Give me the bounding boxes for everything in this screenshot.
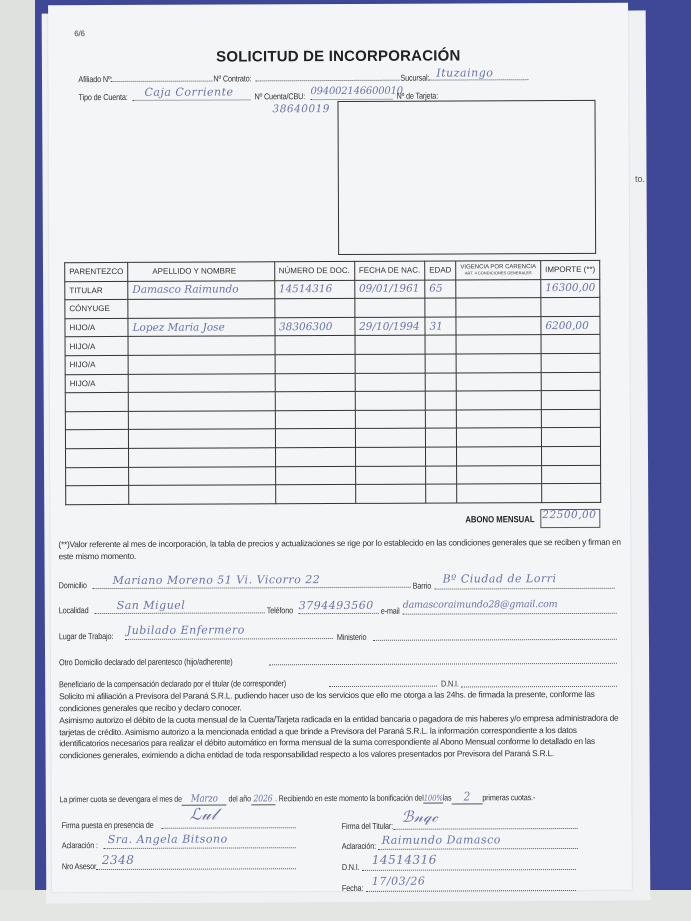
cell-importe[interactable]: 6200,00 bbox=[541, 316, 600, 335]
cell-importe[interactable] bbox=[541, 446, 600, 465]
titular-signature: ℬ𝓃𝓆𝒸 bbox=[402, 808, 439, 826]
cell-edad[interactable] bbox=[425, 391, 456, 410]
presencia-signature-field[interactable] bbox=[162, 827, 296, 829]
cell-doc[interactable] bbox=[274, 299, 354, 318]
legal-paragraph-1: Solicito mi afiliación a Previsora del P… bbox=[59, 689, 624, 715]
cell-vigencia[interactable] bbox=[457, 465, 542, 484]
cell-vigencia[interactable] bbox=[456, 335, 541, 354]
cell-importe[interactable] bbox=[541, 391, 600, 410]
cell-doc[interactable] bbox=[275, 429, 355, 448]
cuota-anio-label: del año bbox=[228, 793, 250, 803]
cell-fecha[interactable] bbox=[354, 298, 424, 317]
barrio-value: Bº Ciudad de Lorri bbox=[443, 572, 557, 585]
localidad-value: San Miguel bbox=[117, 599, 186, 612]
cell-importe[interactable] bbox=[541, 428, 600, 447]
cell-vigencia[interactable] bbox=[457, 409, 542, 428]
tarjeta-value: 38640019 bbox=[272, 103, 330, 115]
cell-doc[interactable] bbox=[275, 466, 355, 485]
aclaracion-titular-field[interactable] bbox=[378, 848, 578, 850]
cell-importe[interactable] bbox=[541, 465, 600, 484]
asesor-field[interactable] bbox=[96, 868, 296, 870]
cell-parentezco: HIJO/A bbox=[65, 318, 128, 337]
barrio-field[interactable] bbox=[435, 588, 615, 590]
form-sheet: 6/6 SOLICITUD DE INCORPORACIÓN Afiliado … bbox=[48, 3, 632, 893]
cell-edad[interactable]: 31 bbox=[425, 317, 456, 336]
cell-edad[interactable] bbox=[425, 428, 456, 447]
cell-doc[interactable] bbox=[275, 485, 355, 504]
tipo-cuenta-label: Tipo de Cuenta: bbox=[78, 92, 127, 102]
cell-doc[interactable] bbox=[275, 447, 355, 466]
contrato-label: Nº Contrato: bbox=[213, 73, 251, 83]
tipo-cuenta-field[interactable] bbox=[132, 99, 250, 101]
cuenta-value: 094002146600010 bbox=[310, 86, 402, 97]
email-value: damascoraimundo28@gmail.com bbox=[403, 599, 558, 611]
beneficiario-field[interactable] bbox=[329, 686, 437, 687]
form-title: SOLICITUD DE INCORPORACIÓN bbox=[48, 47, 628, 67]
fecha-value: 17/03/26 bbox=[372, 875, 425, 888]
email-label: e-mail bbox=[381, 606, 400, 616]
cuota-line: La primer cuota se devengara el mes deMa… bbox=[59, 789, 535, 806]
cell-edad[interactable] bbox=[425, 354, 456, 373]
cell-doc[interactable] bbox=[275, 410, 355, 429]
cell-fecha[interactable] bbox=[355, 447, 425, 466]
cell-nombre[interactable]: Lopez Maria Jose bbox=[128, 318, 275, 337]
cell-edad[interactable] bbox=[425, 335, 456, 354]
cell-doc[interactable]: 14514316 bbox=[274, 280, 354, 299]
ministerio-label: Ministerio bbox=[337, 632, 367, 642]
cell-fecha[interactable]: 29/10/1994 bbox=[355, 317, 425, 336]
cell-vigencia[interactable] bbox=[456, 372, 541, 391]
tarjeta-label: Nº de Tarjeta: bbox=[396, 91, 438, 101]
cell-edad[interactable] bbox=[426, 484, 457, 503]
cell-importe[interactable] bbox=[541, 298, 600, 317]
fecha-label: Fecha: bbox=[342, 883, 363, 893]
presencia-signature: ℒ𝓊𝓁 bbox=[190, 805, 217, 825]
dni-label: D.N.I. bbox=[342, 862, 360, 872]
cell-vigencia[interactable] bbox=[457, 428, 542, 447]
cell-vigencia[interactable] bbox=[456, 316, 541, 335]
col-numero-doc: NÚMERO DE DOC. bbox=[274, 261, 354, 280]
cell-nombre[interactable] bbox=[129, 448, 276, 467]
cell-nombre[interactable] bbox=[129, 466, 276, 485]
cell-doc[interactable] bbox=[275, 373, 355, 392]
table-row: HIJO/ALopez Maria Jose3830630029/10/1994… bbox=[65, 316, 600, 337]
localidad-field[interactable] bbox=[95, 612, 265, 614]
cuota-prefix: La primer cuota se devengara el mes de bbox=[60, 794, 182, 805]
family-table: PARENTEZCO APELLIDO Y NOMBRE NÚMERO DE D… bbox=[64, 260, 601, 505]
afiliado-label: Afiliado Nº: bbox=[78, 74, 112, 84]
cell-nombre[interactable] bbox=[128, 429, 275, 448]
sucursal-label: Sucursal: bbox=[400, 73, 429, 83]
table-row bbox=[66, 483, 601, 504]
col-edad: EDAD bbox=[425, 261, 456, 280]
cell-vigencia[interactable] bbox=[456, 279, 541, 298]
cuota-las: las bbox=[443, 793, 452, 803]
cell-vigencia[interactable] bbox=[456, 354, 541, 373]
otro-domicilio-field[interactable] bbox=[269, 663, 617, 666]
table-row: HIJO/A bbox=[65, 372, 600, 393]
cell-edad[interactable] bbox=[425, 298, 456, 317]
col-vigencia-sub: ART. 4 CONDICIONES GENERALES bbox=[460, 270, 536, 276]
cell-nombre[interactable] bbox=[128, 373, 275, 392]
bonificacion-value[interactable]: 100% bbox=[424, 794, 443, 804]
table-row: HIJO/A bbox=[65, 353, 600, 374]
col-fecha-nac: FECHA DE NAC. bbox=[354, 261, 424, 280]
aclaracion-titular-label: Aclaración: bbox=[342, 841, 376, 851]
cell-parentezco: HIJO/A bbox=[65, 337, 128, 356]
legal-paragraph-2: Asimismo autorizo el débito de la cuota … bbox=[59, 713, 624, 762]
cell-doc[interactable] bbox=[275, 354, 355, 373]
cell-edad[interactable] bbox=[426, 466, 457, 485]
cell-parentezco: HIJO/A bbox=[65, 374, 128, 393]
barrio-label: Barrio bbox=[413, 581, 432, 591]
table-row bbox=[65, 391, 600, 412]
photo-box bbox=[337, 100, 596, 255]
cell-importe[interactable] bbox=[541, 409, 600, 428]
cuota-mid: . Recibiendo en este momento la bonifica… bbox=[275, 793, 424, 804]
cell-fecha[interactable] bbox=[355, 373, 425, 392]
aclaracion-titular-value: Raimundo Damasco bbox=[382, 833, 501, 847]
cell-fecha[interactable] bbox=[355, 428, 425, 447]
cell-fecha[interactable]: 09/01/1961 bbox=[354, 280, 424, 299]
cell-parentezco: HIJO/A bbox=[65, 355, 128, 374]
cell-edad[interactable]: 65 bbox=[425, 280, 456, 299]
asesor-value: 2348 bbox=[102, 853, 135, 867]
table-row bbox=[66, 446, 601, 467]
cell-vigencia[interactable] bbox=[457, 447, 542, 466]
cell-parentezco bbox=[65, 430, 128, 449]
cell-doc[interactable]: 38306300 bbox=[274, 317, 354, 336]
cell-nombre[interactable]: Damasco Raimundo bbox=[128, 280, 275, 299]
page-number: 6/6 bbox=[74, 29, 85, 38]
telefono-field[interactable] bbox=[299, 613, 379, 614]
cell-importe[interactable] bbox=[542, 483, 601, 502]
cell-edad[interactable] bbox=[425, 447, 456, 466]
cell-nombre[interactable] bbox=[128, 392, 275, 411]
afiliado-field[interactable] bbox=[110, 81, 212, 82]
trabajo-value: Jubilado Enfermero bbox=[127, 623, 245, 637]
cell-fecha[interactable] bbox=[355, 391, 425, 410]
cell-importe[interactable]: 16300,00 bbox=[541, 279, 600, 298]
cuota-suffix: primeras cuotas.- bbox=[482, 792, 535, 802]
table-row: HIJO/A bbox=[65, 335, 600, 356]
aclaracion-asesor-label: Aclaración : bbox=[62, 840, 98, 850]
cell-edad[interactable] bbox=[425, 410, 456, 429]
cell-importe[interactable] bbox=[541, 372, 600, 391]
table-row bbox=[66, 465, 601, 486]
footnote: (**)Valor referente al mes de incorporac… bbox=[58, 537, 623, 563]
cell-edad[interactable] bbox=[425, 373, 456, 392]
cell-parentezco bbox=[66, 486, 129, 505]
dni-field[interactable] bbox=[362, 869, 576, 871]
table-row: TITULARDamasco Raimundo1451431609/01/196… bbox=[65, 279, 600, 300]
cell-fecha[interactable] bbox=[355, 336, 425, 355]
cuotas-count-value[interactable]: 2 bbox=[451, 789, 482, 804]
col-apellido-nombre: APELLIDO Y NOMBRE bbox=[128, 262, 275, 281]
cell-parentezco: CÓNYUGE bbox=[65, 300, 128, 319]
tipo-cuenta-value: Caja Corriente bbox=[144, 85, 233, 98]
ministerio-field[interactable] bbox=[373, 639, 617, 641]
titular-signature-field[interactable] bbox=[394, 828, 578, 830]
titular-label: Firma del Titular: bbox=[342, 821, 393, 831]
cell-importe[interactable] bbox=[541, 353, 600, 372]
cell-fecha[interactable] bbox=[355, 466, 425, 485]
cell-fecha[interactable] bbox=[355, 484, 425, 503]
col-importe: IMPORTE (**) bbox=[541, 260, 600, 279]
telefono-value: 3794493560 bbox=[299, 599, 374, 612]
cell-vigencia[interactable] bbox=[456, 391, 541, 410]
trabajo-label: Lugar de Trabajo: bbox=[59, 631, 113, 641]
table-row bbox=[65, 428, 600, 449]
underlying-sheet-text: to. bbox=[635, 174, 645, 184]
sucursal-value: Ituzaingo bbox=[436, 66, 493, 79]
cell-doc[interactable] bbox=[275, 392, 355, 411]
localidad-label: Localidad bbox=[59, 605, 89, 615]
cell-fecha[interactable] bbox=[355, 410, 425, 429]
domicilio-value: Mariano Moreno 51 Vi. Vicorro 22 bbox=[113, 573, 321, 587]
cell-vigencia[interactable] bbox=[456, 298, 541, 317]
domicilio-label: Domicilio bbox=[59, 580, 87, 590]
beneficiario-dni-label: D.N.I. bbox=[441, 678, 459, 688]
cell-nombre[interactable] bbox=[128, 411, 275, 430]
cell-vigencia[interactable] bbox=[457, 484, 542, 503]
cell-nombre[interactable] bbox=[128, 336, 275, 355]
cell-parentezco bbox=[66, 448, 129, 467]
presencia-label: Firma puesta en presencia de bbox=[62, 820, 154, 830]
cell-importe[interactable] bbox=[541, 335, 600, 354]
beneficiario-label: Beneficiario de la compensación declarad… bbox=[59, 678, 286, 689]
telefono-label: Teléfono bbox=[267, 605, 293, 615]
cell-nombre[interactable] bbox=[129, 485, 276, 504]
cuenta-label: Nº Cuenta/CBU: bbox=[254, 91, 305, 101]
col-vigencia: VIGENCIA POR CARENCIA ART. 4 CONDICIONES… bbox=[456, 261, 541, 280]
aclaracion-asesor-value: Sra. Angela Bitsono bbox=[108, 832, 228, 846]
cell-nombre[interactable] bbox=[128, 299, 275, 318]
table-header-row: PARENTEZCO APELLIDO Y NOMBRE NÚMERO DE D… bbox=[65, 260, 600, 281]
cell-doc[interactable] bbox=[275, 336, 355, 355]
beneficiario-dni-field[interactable] bbox=[461, 686, 617, 688]
cell-nombre[interactable] bbox=[128, 355, 275, 374]
dni-value: 14514316 bbox=[372, 853, 437, 867]
trabajo-field[interactable] bbox=[125, 638, 333, 640]
domicilio-field[interactable] bbox=[93, 587, 411, 589]
abono-mensual-label: ABONO MENSUAL bbox=[465, 514, 534, 524]
aclaracion-asesor-field[interactable] bbox=[104, 847, 296, 849]
cell-parentezco: TITULAR bbox=[65, 281, 128, 300]
cell-parentezco bbox=[65, 393, 128, 412]
contrato-field[interactable] bbox=[255, 80, 399, 82]
cell-fecha[interactable] bbox=[355, 354, 425, 373]
table-row: CÓNYUGE bbox=[65, 298, 600, 319]
table-row bbox=[65, 409, 600, 430]
email-field[interactable] bbox=[403, 613, 617, 615]
cell-parentezco bbox=[66, 467, 129, 486]
abono-mensual-value: 22500,00 bbox=[542, 509, 596, 521]
cuota-anio-value[interactable]: 2026 bbox=[251, 794, 275, 805]
cell-parentezco bbox=[65, 411, 128, 430]
col-parentezco: PARENTEZCO bbox=[65, 262, 128, 281]
otro-domicilio-label: Otro Domicilio declarado del parentesco … bbox=[59, 656, 233, 667]
asesor-label: Nro Asesor bbox=[62, 861, 96, 871]
